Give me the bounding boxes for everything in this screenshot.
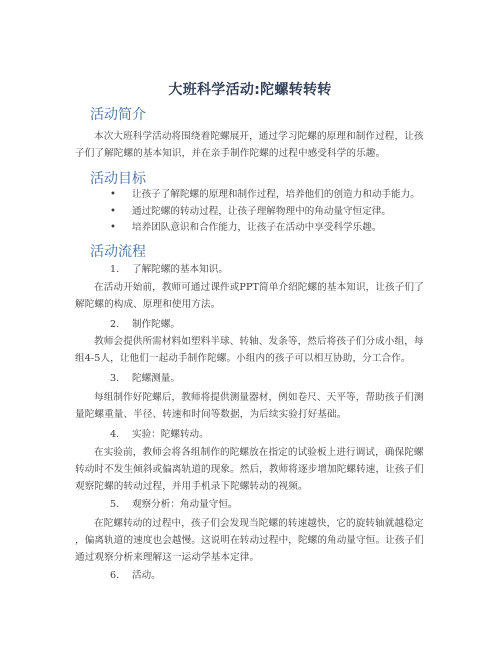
document-title: 大班科学活动:陀螺转转转 [0, 79, 500, 99]
step-paragraph-1: 在活动开始前，教师可通过课件或PPT简单介绍陀螺的基本知识，让孩子们了 解陀螺的… [75, 279, 427, 313]
step-paragraph-3: 每组制作好陀螺后，教师将提供测量器材，例如卷尺、天平等，帮助孩子们测 量陀螺重量… [75, 389, 427, 423]
intro-line-2: 子们了解陀螺的基本知识，并在亲手制作陀螺的过程中感受科学的乐趣。 [75, 145, 427, 162]
bullet-icon: • [110, 219, 116, 236]
section-heading-process: 活动流程 [90, 241, 146, 261]
intro-line-1: 本次大班科学活动将围绕着陀螺展开，通过学习陀螺的原理和制作过程，让孩 [75, 128, 427, 145]
bullet-icon: • [110, 203, 116, 220]
step-paragraph-5: 在陀螺转动的过程中，孩子们会发现当陀螺的转速越快，它的旋转轴就越稳定 ，偏离轨道… [75, 515, 427, 566]
step-paragraph-4: 在实验前，教师会将各组制作的陀螺放在指定的试验板上进行调试，确保陀螺 转动时不发… [75, 444, 427, 495]
bullet-icon: • [110, 186, 116, 203]
section-heading-goals: 活动目标 [90, 168, 146, 188]
document-page: 大班科学活动:陀螺转转转 活动简介 本次大班科学活动将围绕着陀螺展开，通过学习陀… [0, 0, 500, 647]
section-heading-intro: 活动简介 [90, 104, 146, 124]
intro-paragraph: 本次大班科学活动将围绕着陀螺展开，通过学习陀螺的原理和制作过程，让孩 子们了解陀… [75, 128, 427, 162]
step-paragraph-2: 教师会提供所需材料如塑料半球、转轴、发条等，然后将孩子们分成小组，每 组4-5人… [75, 333, 427, 367]
